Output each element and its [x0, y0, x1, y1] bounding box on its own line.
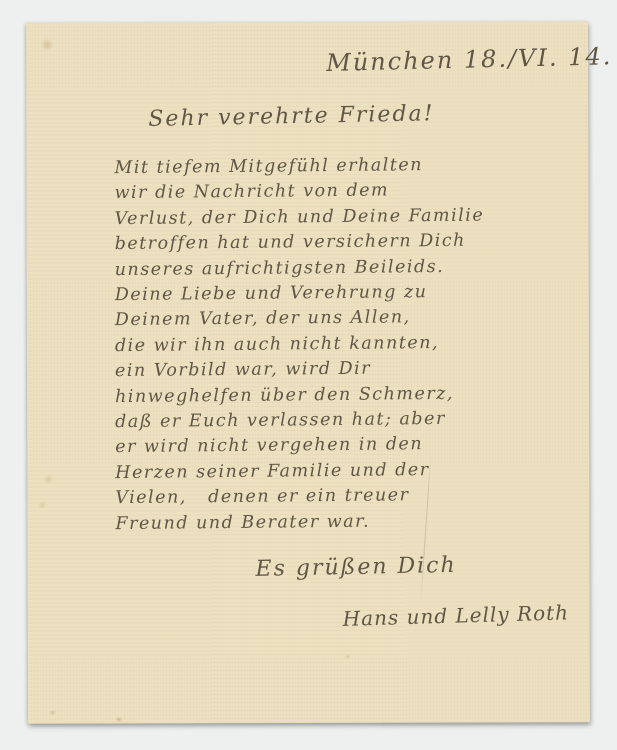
body-line: Freund und Berater war. [115, 507, 575, 537]
foxing-stain [48, 709, 57, 717]
letter-scan: München 18./VI. 14. Sehr verehrte Frieda… [0, 0, 617, 750]
dateline: München 18./VI. 14. [326, 42, 613, 77]
closing: Es grüßen Dich [255, 553, 457, 582]
letter-body: Mit tiefem Mitgefühl erhalten wir die Na… [114, 153, 575, 535]
letter-paper: München 18./VI. 14. Sehr verehrte Frieda… [26, 21, 590, 723]
foxing-stain [38, 37, 56, 53]
body-line: betroffen hat und versichern Dich [115, 228, 575, 258]
body-line: ein Vorbild war, wird Dir [115, 355, 575, 385]
body-line: Vielen, denen er ein treuer [115, 482, 575, 512]
foxing-stain [41, 473, 55, 486]
foxing-stain [36, 500, 48, 511]
foxing-stain [344, 653, 352, 660]
signature: Hans und Lelly Roth [342, 600, 569, 631]
foxing-stain [114, 715, 124, 723]
salutation: Sehr verehrte Frieda! [148, 101, 435, 132]
